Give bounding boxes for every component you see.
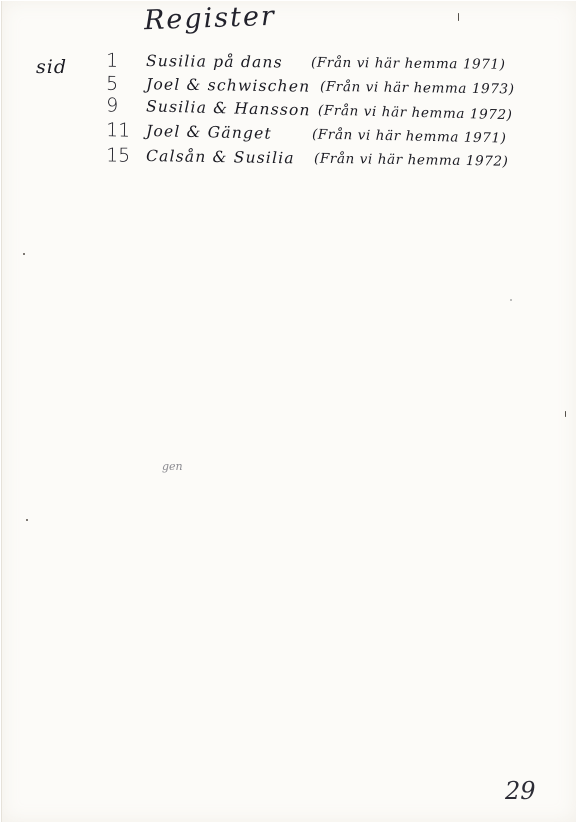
entry-song-title: Calsån & Susilia: [146, 147, 295, 167]
ink-mark: [26, 519, 28, 521]
entry-page-number: 5: [106, 73, 118, 95]
entry-source: (Från vi här hemma 1973): [320, 79, 515, 98]
entry-song-title: Susilia på dans: [146, 52, 283, 71]
ink-mark: [23, 253, 25, 255]
entry-source: (Från vi här hemma 1972): [318, 103, 513, 124]
ink-mark: [458, 13, 459, 21]
scanned-page: Register sid 1 Susilia på dans (Från vi …: [1, 1, 576, 822]
entry-song-title: Joel & Gänget: [146, 122, 272, 143]
entry-page-number: 11: [106, 119, 131, 142]
entry-page-number: 15: [106, 144, 131, 166]
entry-song-title: Joel & schwischen: [146, 75, 311, 95]
page-column-label: sid: [36, 56, 67, 78]
entry-source: (Från vi här hemma 1971): [312, 126, 507, 146]
entry-source: (Från vi här hemma 1971): [311, 55, 506, 73]
entry-song-title: Susilia & Hansson: [146, 97, 311, 119]
page-number: 29: [505, 777, 536, 805]
entry-source: (Från vi här hemma 1972): [314, 151, 509, 170]
page-title: Register: [143, 1, 276, 37]
ink-mark: [565, 411, 566, 417]
register-list: 1 Susilia på dans (Från vi här hemma 197…: [102, 52, 572, 172]
entry-page-number: 9: [106, 94, 119, 116]
faint-show-through-text: gen: [162, 460, 183, 473]
entry-page-number: 1: [106, 50, 118, 72]
ink-mark: [510, 299, 512, 301]
